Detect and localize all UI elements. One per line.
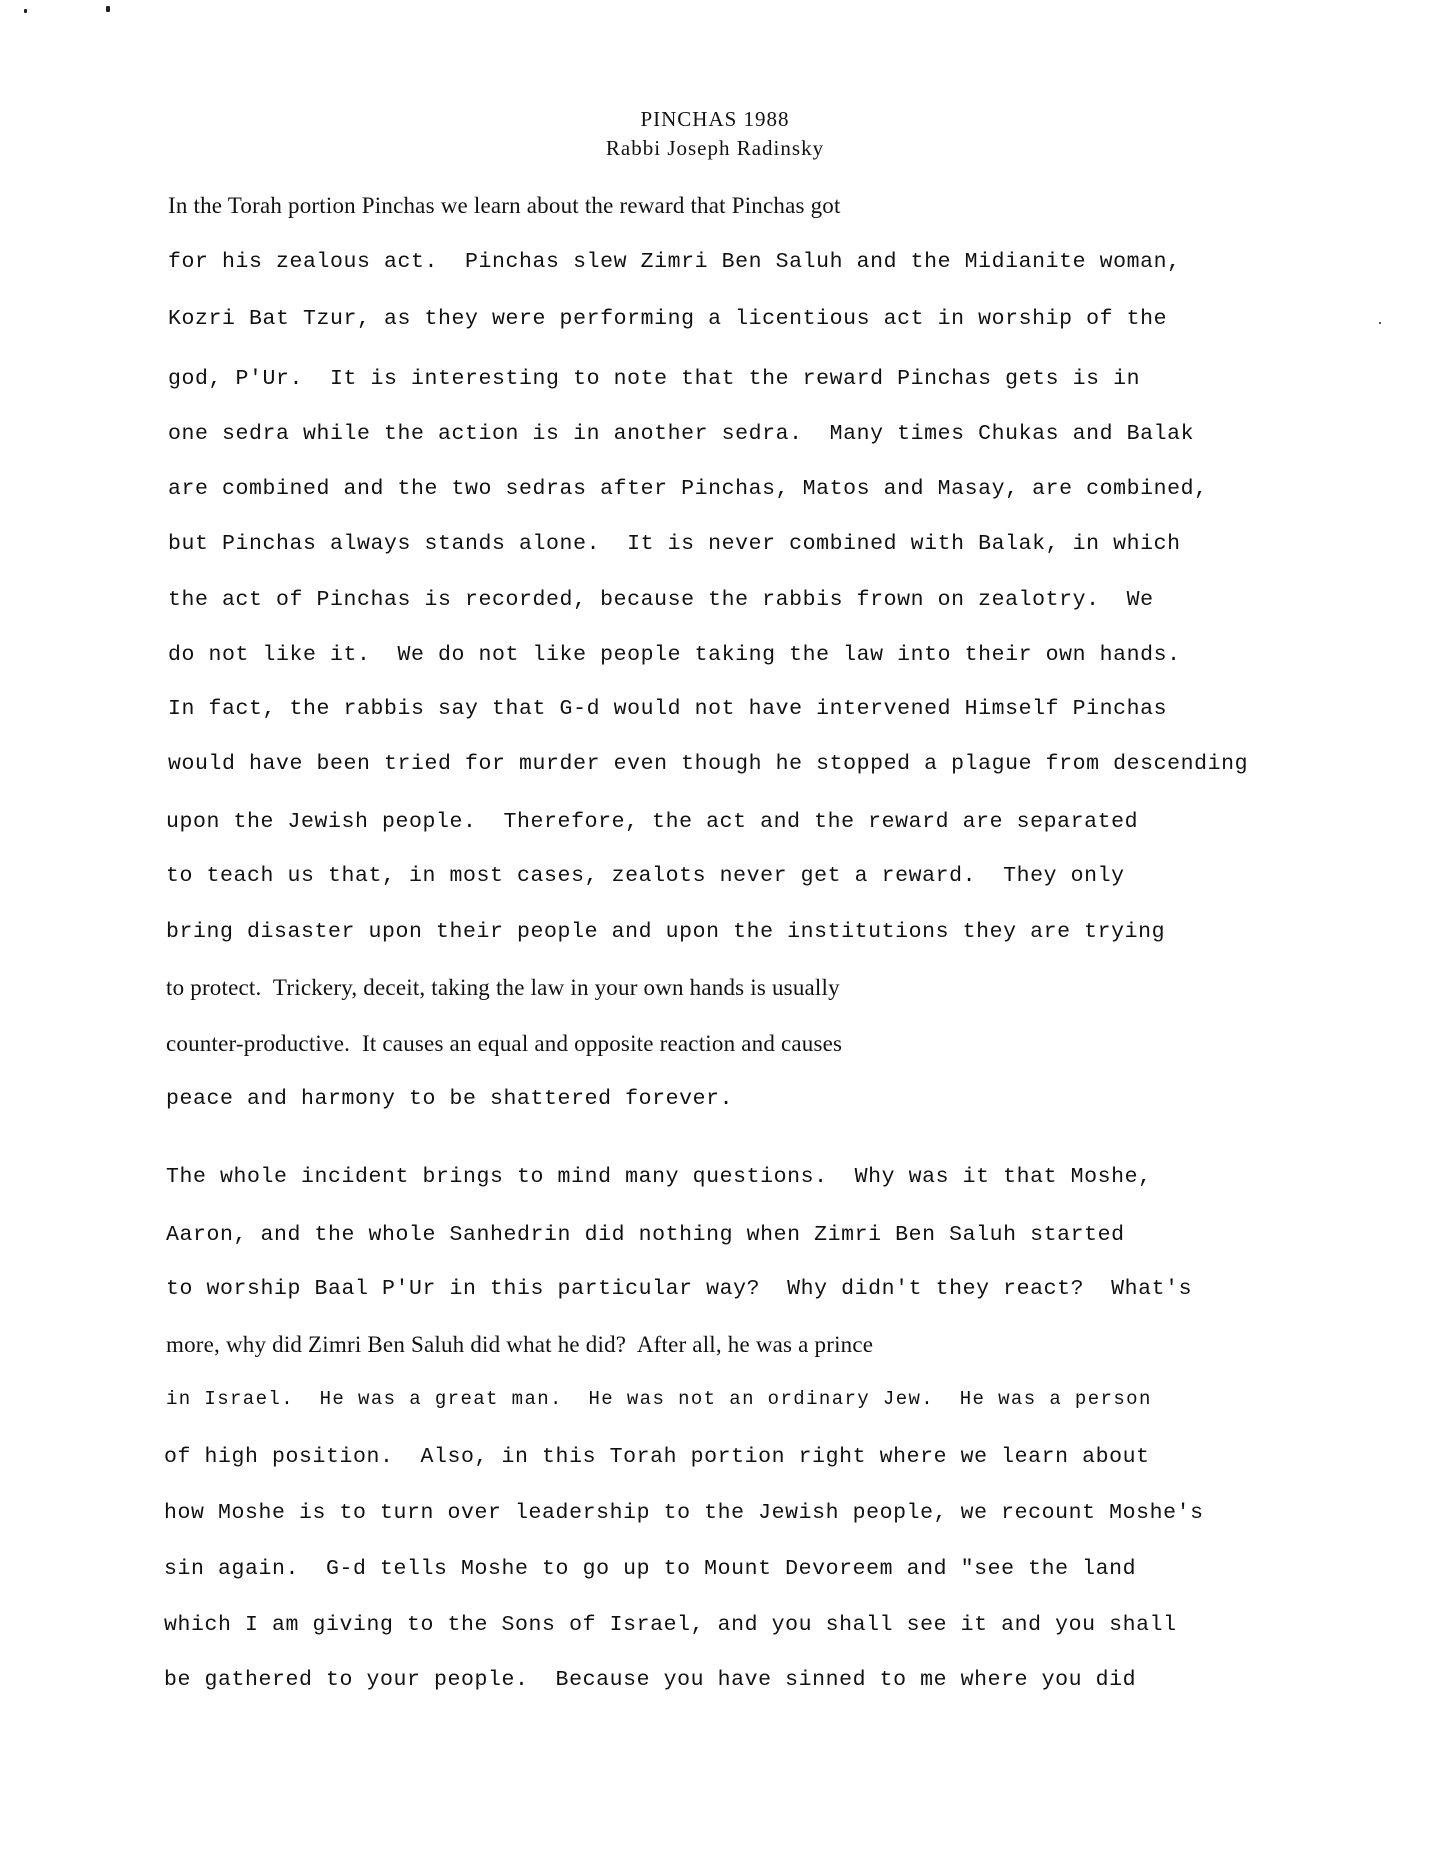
text-line: counter-productive. It causes an equal a…	[166, 1031, 842, 1057]
text-line: are combined and the two sedras after Pi…	[168, 477, 1208, 501]
text-line: to worship Baal P'Ur in this particular …	[166, 1277, 1192, 1301]
text-line: of high position. Also, in this Torah po…	[164, 1445, 1150, 1469]
text-line: Kozri Bat Tzur, as they were performing …	[168, 307, 1167, 331]
text-line: sin again. G-d tells Moshe to go up to M…	[164, 1557, 1136, 1581]
document-author: Rabbi Joseph Radinsky	[0, 136, 1430, 161]
text-line: which I am giving to the Sons of Israel,…	[164, 1613, 1177, 1637]
text-line: do not like it. We do not like people ta…	[168, 643, 1181, 667]
scan-artifact	[24, 9, 27, 13]
text-line: but Pinchas always stands alone. It is n…	[168, 532, 1181, 556]
text-line: upon the Jewish people. Therefore, the a…	[166, 810, 1138, 834]
document-title: PINCHAS 1988	[0, 107, 1430, 132]
scan-artifact	[1379, 322, 1381, 324]
text-line: the act of Pinchas is recorded, because …	[168, 588, 1154, 612]
text-line: to protect. Trickery, deceit, taking the…	[166, 975, 840, 1001]
text-line: would have been tried for murder even th…	[168, 752, 1248, 776]
text-line: more, why did Zimri Ben Saluh did what h…	[166, 1332, 873, 1358]
text-line: peace and harmony to be shattered foreve…	[166, 1087, 733, 1111]
text-line: how Moshe is to turn over leadership to …	[164, 1501, 1204, 1525]
text-line: for his zealous act. Pinchas slew Zimri …	[168, 250, 1181, 274]
scan-artifact	[106, 6, 110, 12]
text-line: god, P'Ur. It is interesting to note tha…	[168, 367, 1140, 391]
text-line: Aaron, and the whole Sanhedrin did nothi…	[166, 1223, 1125, 1247]
text-line: In fact, the rabbis say that G-d would n…	[168, 697, 1167, 721]
text-line: in Israel. He was a great man. He was no…	[166, 1388, 1152, 1410]
text-line: In the Torah portion Pinchas we learn ab…	[168, 193, 841, 219]
document-page: PINCHAS 1988 Rabbi Joseph Radinsky In th…	[0, 0, 1430, 1851]
text-line: bring disaster upon their people and upo…	[166, 920, 1165, 944]
text-line: to teach us that, in most cases, zealots…	[166, 864, 1125, 888]
text-line: one sedra while the action is in another…	[168, 422, 1194, 446]
text-line: be gathered to your people. Because you …	[164, 1668, 1136, 1692]
text-line: The whole incident brings to mind many q…	[166, 1165, 1152, 1189]
